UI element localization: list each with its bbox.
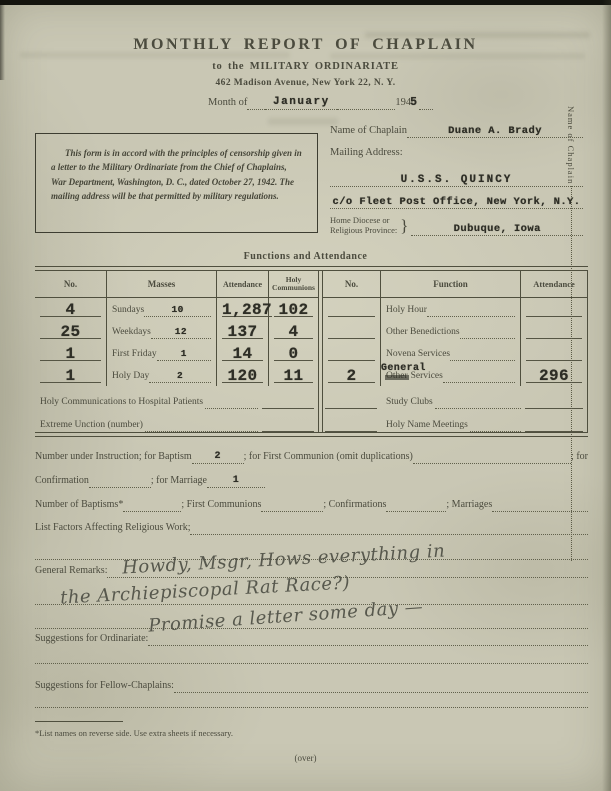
table-row: Extreme Unction (number): [35, 409, 318, 432]
ordinariate-address: 462 Madison Avenue, New York 22, N. Y.: [0, 78, 611, 88]
month-value-field: January: [265, 96, 337, 110]
scan-top-edge: [0, 0, 611, 5]
instruction-line1: Number under Instruction; for Baptism 2 …: [35, 450, 588, 464]
table-row: 1 Holy Day2 120 11: [35, 364, 318, 386]
mailing-line1-leader: U.S.S. QUINCY: [330, 174, 583, 187]
col-header-masses: Masses: [107, 271, 217, 297]
table-row: Novena Services: [323, 342, 587, 364]
table-row: 2 General Other Services 296: [323, 364, 587, 386]
col-header-function: Function: [381, 271, 521, 297]
table-bottom-rule: [35, 432, 588, 437]
diocese-value-field: Dubuque, Iowa: [411, 223, 583, 236]
masses-header-row: No. Masses Attendance Holy Communions: [35, 271, 318, 298]
footnote-text: *List names on reverse side. Use extra s…: [35, 728, 233, 738]
religious-work-field: [190, 522, 588, 535]
value-line: [325, 418, 377, 432]
year-leader: [419, 96, 433, 110]
attendance-table: No. Masses Attendance Holy Communions 4 …: [35, 266, 588, 437]
col-header-no: No.: [35, 271, 107, 297]
table-row: 1 First Friday1 14 0: [35, 342, 318, 364]
col-header-attendance: Attendance: [217, 271, 269, 297]
fellow-chaplains-suggestions-field: [174, 680, 588, 693]
month-label: Month of: [208, 96, 247, 110]
month-leader: [337, 96, 395, 110]
value-line: [525, 418, 583, 432]
bleedthrough-mark: [268, 118, 338, 125]
month-value: January: [265, 96, 337, 108]
ruled-line: [35, 706, 588, 708]
first-communion-instruction-field: [413, 451, 571, 464]
functions-header-row: No. Function Attendance: [323, 271, 587, 298]
value-line: [525, 395, 583, 409]
page-title: MONTHLY REPORT OF CHAPLAIN: [0, 36, 611, 54]
diocese-value: Dubuque, Iowa: [411, 223, 583, 235]
table-row: Study Clubs: [323, 386, 587, 409]
baptisms-count-field: [123, 499, 181, 512]
name-value-field: Duane A. Brady: [407, 125, 583, 138]
diocese-field: Home Diocese or Religious Province: } Du…: [330, 216, 583, 236]
confirmations-count-field: [386, 499, 446, 512]
masses-table: No. Masses Attendance Holy Communions 4 …: [35, 271, 318, 432]
first-communions-count-field: [261, 499, 323, 512]
instruction-line3: Number of Baptisms* ; First Communions ;…: [35, 498, 588, 512]
col-header-communions: Holy Communions: [269, 271, 318, 297]
fellow-chaplains-suggestions-line: Suggestions for Fellow-Chaplains:: [35, 679, 588, 693]
table-row: 4 Sundays10 1,287 102: [35, 298, 318, 320]
vertical-label-text: Name of Chaplain: [566, 106, 576, 184]
chaplain-info: Name of Chaplain Duane A. Brady Mailing …: [330, 124, 583, 236]
mailing-line2-leader: c/o Fleet Post Office, New York, N.Y.: [330, 196, 583, 209]
ordinariate-suggestions-line: Suggestions for Ordinariate:: [35, 632, 588, 646]
table-row: Other Benedictions: [323, 320, 587, 342]
table-row: Holy Communications to Hospital Patients: [35, 386, 318, 409]
year-typed: 5: [410, 96, 418, 110]
religious-work-line: List Factors Affecting Religious Work;: [35, 521, 588, 535]
name-field: Name of Chaplain Duane A. Brady: [330, 124, 583, 138]
marriages-count-field: [492, 499, 588, 512]
diocese-label: Home Diocese or Religious Province:: [330, 216, 397, 236]
name-value: Duane A. Brady: [407, 125, 583, 137]
confirmation-instruction-field: [89, 475, 151, 488]
col-header-no: No.: [323, 271, 381, 297]
mailing-address-label: Mailing Address:: [330, 147, 583, 158]
mailing-line2-field: c/o Fleet Post Office, New York, N.Y.: [330, 196, 583, 209]
censorship-notice-box: This form is in accord with the principl…: [35, 133, 318, 233]
functions-table: No. Function Attendance Holy Hour Other …: [323, 271, 588, 432]
ordinariate-suggestions-field: [148, 633, 588, 646]
value-line: [262, 418, 314, 432]
mailing-line1-field: U.S.S. QUINCY: [330, 174, 583, 187]
value-line: [262, 395, 314, 409]
month-leader: [247, 96, 265, 110]
baptism-instruction-field: 2: [192, 451, 244, 464]
col-header-attendance: Attendance: [521, 271, 587, 297]
scan-right-edge: [602, 0, 611, 791]
name-label: Name of Chaplain: [330, 124, 407, 138]
page-subtitle: to the MILITARY ORDINARIATE: [0, 61, 611, 72]
section-title: Functions and Attendance: [0, 251, 611, 262]
marriage-instruction-field: 1: [207, 475, 265, 488]
table-row: Holy Name Meetings: [323, 409, 587, 432]
brace-glyph: }: [397, 216, 411, 236]
table-row: 25 Weekdays12 137 4: [35, 320, 318, 342]
ruled-line: [35, 627, 588, 629]
mailing-line2-value: c/o Fleet Post Office, New York, N.Y.: [330, 196, 583, 208]
ruled-line: [35, 662, 588, 664]
mailing-line1-value: U.S.S. QUINCY: [330, 174, 583, 186]
instruction-line2: Confirmation ; for Marriage 1: [35, 474, 588, 488]
censorship-notice-text: This form is in accord with the principl…: [51, 146, 302, 204]
footnote-rule: [35, 721, 123, 723]
over-label: (over): [0, 753, 611, 763]
struck-word: Other: [386, 370, 408, 383]
table-row: Holy Hour: [323, 298, 587, 320]
year-printed: 194: [395, 96, 411, 110]
value-line: [325, 395, 377, 409]
month-field: Month of January 194 5: [208, 96, 448, 110]
chaplain-report-scan: MONTHLY REPORT OF CHAPLAIN to the MILITA…: [0, 0, 611, 791]
